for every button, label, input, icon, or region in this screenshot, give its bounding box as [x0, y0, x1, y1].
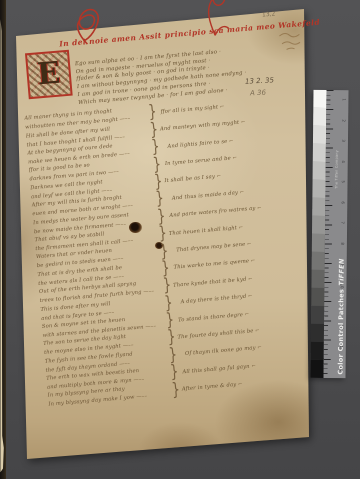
gray-step — [312, 180, 325, 198]
verse-tail: After in tyme & day — [182, 381, 243, 392]
gray-step — [313, 144, 326, 162]
verse-tail: And lightis faire to se — [167, 138, 234, 150]
verse-tail: And manteyn with my myght — [160, 119, 246, 132]
gray-step — [311, 342, 324, 360]
gray-step — [313, 162, 326, 180]
gray-step — [312, 198, 325, 216]
verse-tail: Of thaym ilk oone go may — [185, 345, 262, 357]
gray-step — [311, 288, 324, 306]
verse-bracket-icon: } — [171, 380, 181, 401]
color-bar-name: Color Control Patches — [337, 288, 346, 374]
color-bar-label: Color Control Patches TiFFEN — [337, 98, 348, 375]
gray-step — [312, 216, 325, 234]
verse-tail: In tyme to serue and be — [165, 155, 238, 167]
verse-tail: It shall be as I say — [164, 174, 221, 185]
pencil-shelfmark-note: 13 2. 35 — [245, 76, 274, 86]
verse-tail: A day there is the thryd — [180, 293, 253, 305]
gray-step — [313, 126, 326, 144]
marginal-scribble-icon — [275, 26, 311, 57]
verse-tail: To stand in thare degre — [178, 311, 250, 323]
verse-tail: This warke to me is qweme — [173, 258, 255, 271]
pencil-folio-number: 13,2 — [262, 10, 276, 18]
initial-letter: E — [36, 59, 61, 91]
pencil-secondary-note: A 36 — [250, 89, 266, 98]
gray-step — [313, 108, 326, 126]
gray-step — [311, 324, 324, 342]
verse-tail: All this shall go ful gayn — [182, 363, 256, 375]
decorated-initial: E — [25, 50, 73, 100]
verse-tail: That heuen it shall hight — [169, 224, 244, 236]
gray-step — [312, 252, 325, 270]
verse-tail: That drynes may be sene — [176, 241, 252, 253]
gray-step — [313, 90, 326, 108]
gray-step — [310, 360, 323, 378]
gray-step — [311, 270, 324, 288]
verse-tail: The fourte day shall this be — [177, 328, 260, 341]
color-bar-ruler: 1234567891011121314 The Tiffen Company C… — [323, 90, 348, 378]
red-penwork-flourish-icon — [61, 0, 245, 50]
written-content: In dei noie amen Assit principio sca mar… — [17, 18, 341, 441]
verse-tail: Thare kynde that it be kyd — [173, 276, 253, 289]
manuscript-photo: { "photo": { "background_color": "#4e4e5… — [0, 0, 360, 479]
gray-step — [311, 306, 324, 324]
verse-tail: And thus is maide a day — [172, 189, 245, 201]
verse-tail: ffor all is in my sight — [160, 104, 224, 115]
verse-block: All maner thyng is in my thoghtwithoutte… — [24, 91, 339, 410]
tiffen-color-bar: 1234567891011121314 The Tiffen Company C… — [310, 90, 348, 378]
gray-step — [312, 234, 325, 252]
color-bar-brand: TiFFEN — [337, 258, 345, 285]
verse-tail: And parte waters fro watres ay — [169, 205, 262, 219]
